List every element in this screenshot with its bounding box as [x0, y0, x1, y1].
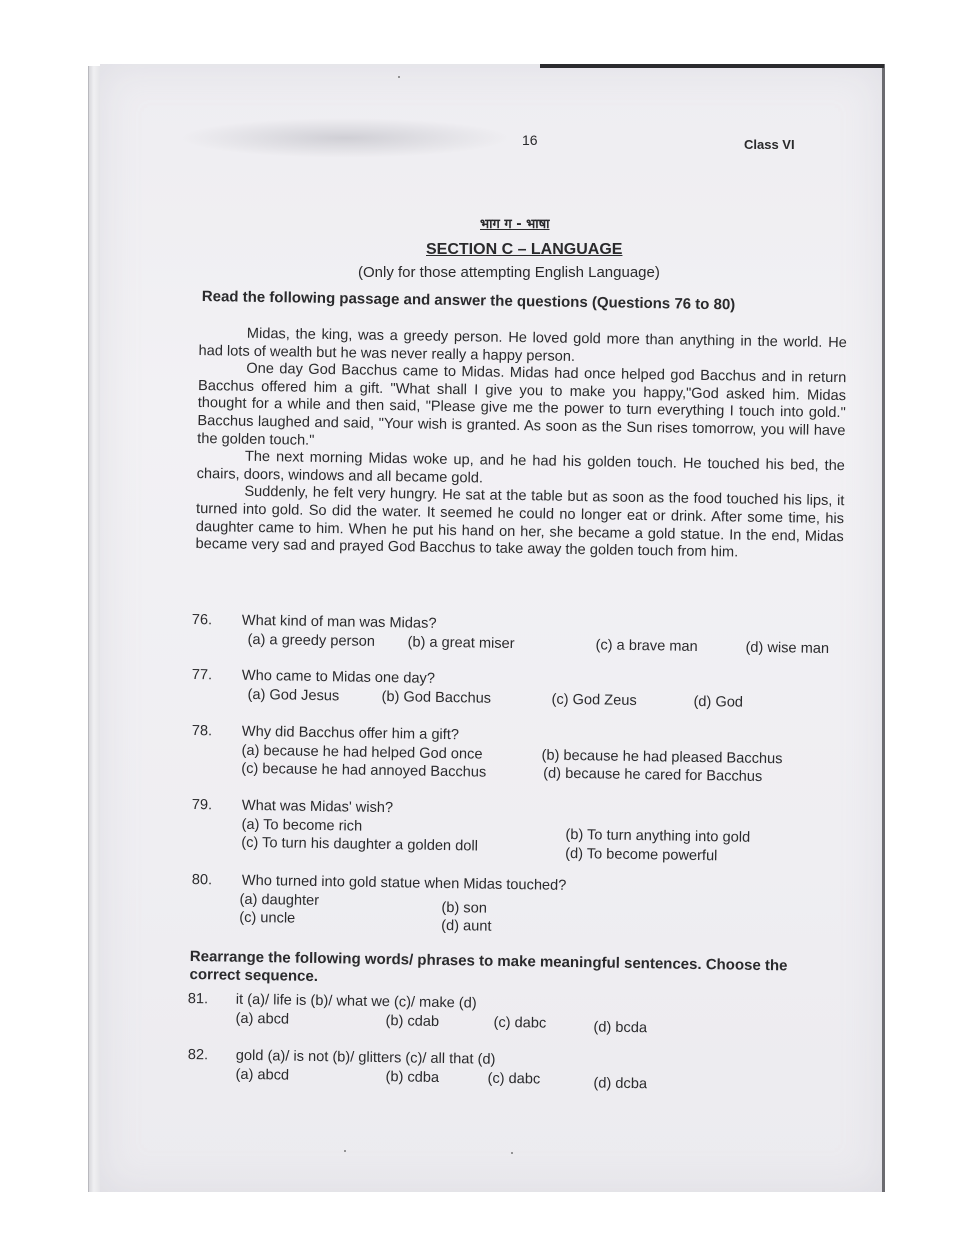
option-c: (c) dabc	[493, 1015, 546, 1032]
scan-speck	[344, 1150, 346, 1152]
question-text: Who came to Midas one day?	[242, 668, 435, 687]
option-d: (d) aunt	[441, 918, 492, 935]
question-text: What kind of man was Midas?	[242, 613, 437, 632]
scan-speck	[511, 1152, 513, 1154]
class-label: Class VI	[744, 137, 795, 152]
option-a: (a) a greedy person	[247, 632, 375, 650]
section-subtitle: (Only for those attempting English Langu…	[358, 264, 660, 281]
option-b: (b) son	[441, 900, 487, 917]
option-a: (a) To become rich	[241, 817, 362, 835]
reading-passage: Midas, the king, was a greedy person. He…	[195, 325, 847, 564]
option-c: (c) a brave man	[595, 637, 697, 655]
option-c: (c) uncle	[239, 910, 295, 927]
scan-speck	[398, 76, 400, 78]
scan-shadow	[180, 118, 510, 158]
option-a: (a) God Jesus	[247, 687, 339, 704]
hindi-section-title: भाग ग - भाषा	[480, 214, 550, 232]
question-number: 79.	[192, 797, 213, 813]
option-c: (c) God Zeus	[551, 692, 636, 709]
passage-paragraph: One day God Bacchus came to Midas. Midas…	[197, 360, 846, 458]
option-b: (b) cdab	[385, 1013, 439, 1030]
option-d: (d) bcda	[593, 1019, 647, 1036]
question-number: 77.	[192, 667, 213, 683]
page-top-edge	[540, 64, 884, 68]
question-number: 81.	[188, 991, 209, 1007]
option-d: (d) To become powerful	[565, 846, 717, 864]
passage-paragraph: Suddenly, he felt very hungry. He sat at…	[195, 483, 844, 564]
question-text: Why did Bacchus offer him a gift?	[242, 724, 459, 743]
question-number: 82.	[188, 1047, 209, 1063]
option-a: (a) daughter	[239, 892, 319, 909]
question-number: 80.	[192, 872, 213, 888]
scanned-page	[100, 64, 885, 1192]
option-b: (b) cdba	[385, 1069, 439, 1086]
option-b: (b) God Bacchus	[381, 689, 491, 707]
question-number: 78.	[192, 723, 213, 739]
option-a: (a) abcd	[235, 1011, 289, 1028]
section-title: SECTION C – LANGUAGE	[426, 241, 622, 259]
option-a: (a) abcd	[235, 1067, 289, 1084]
question-number: 76.	[192, 612, 213, 628]
option-d: (d) wise man	[745, 640, 829, 657]
question-text: What was Midas' wish?	[242, 798, 393, 816]
option-d: (d) God	[693, 694, 743, 711]
option-d: (d) dcba	[593, 1075, 647, 1092]
option-b: (b) a great miser	[407, 634, 514, 652]
option-b: (b) To turn anything into gold	[565, 827, 750, 846]
option-c: (c) dabc	[487, 1071, 540, 1088]
page-number: 16	[522, 132, 538, 148]
option-d: (d) because he cared for Bacchus	[543, 766, 762, 785]
